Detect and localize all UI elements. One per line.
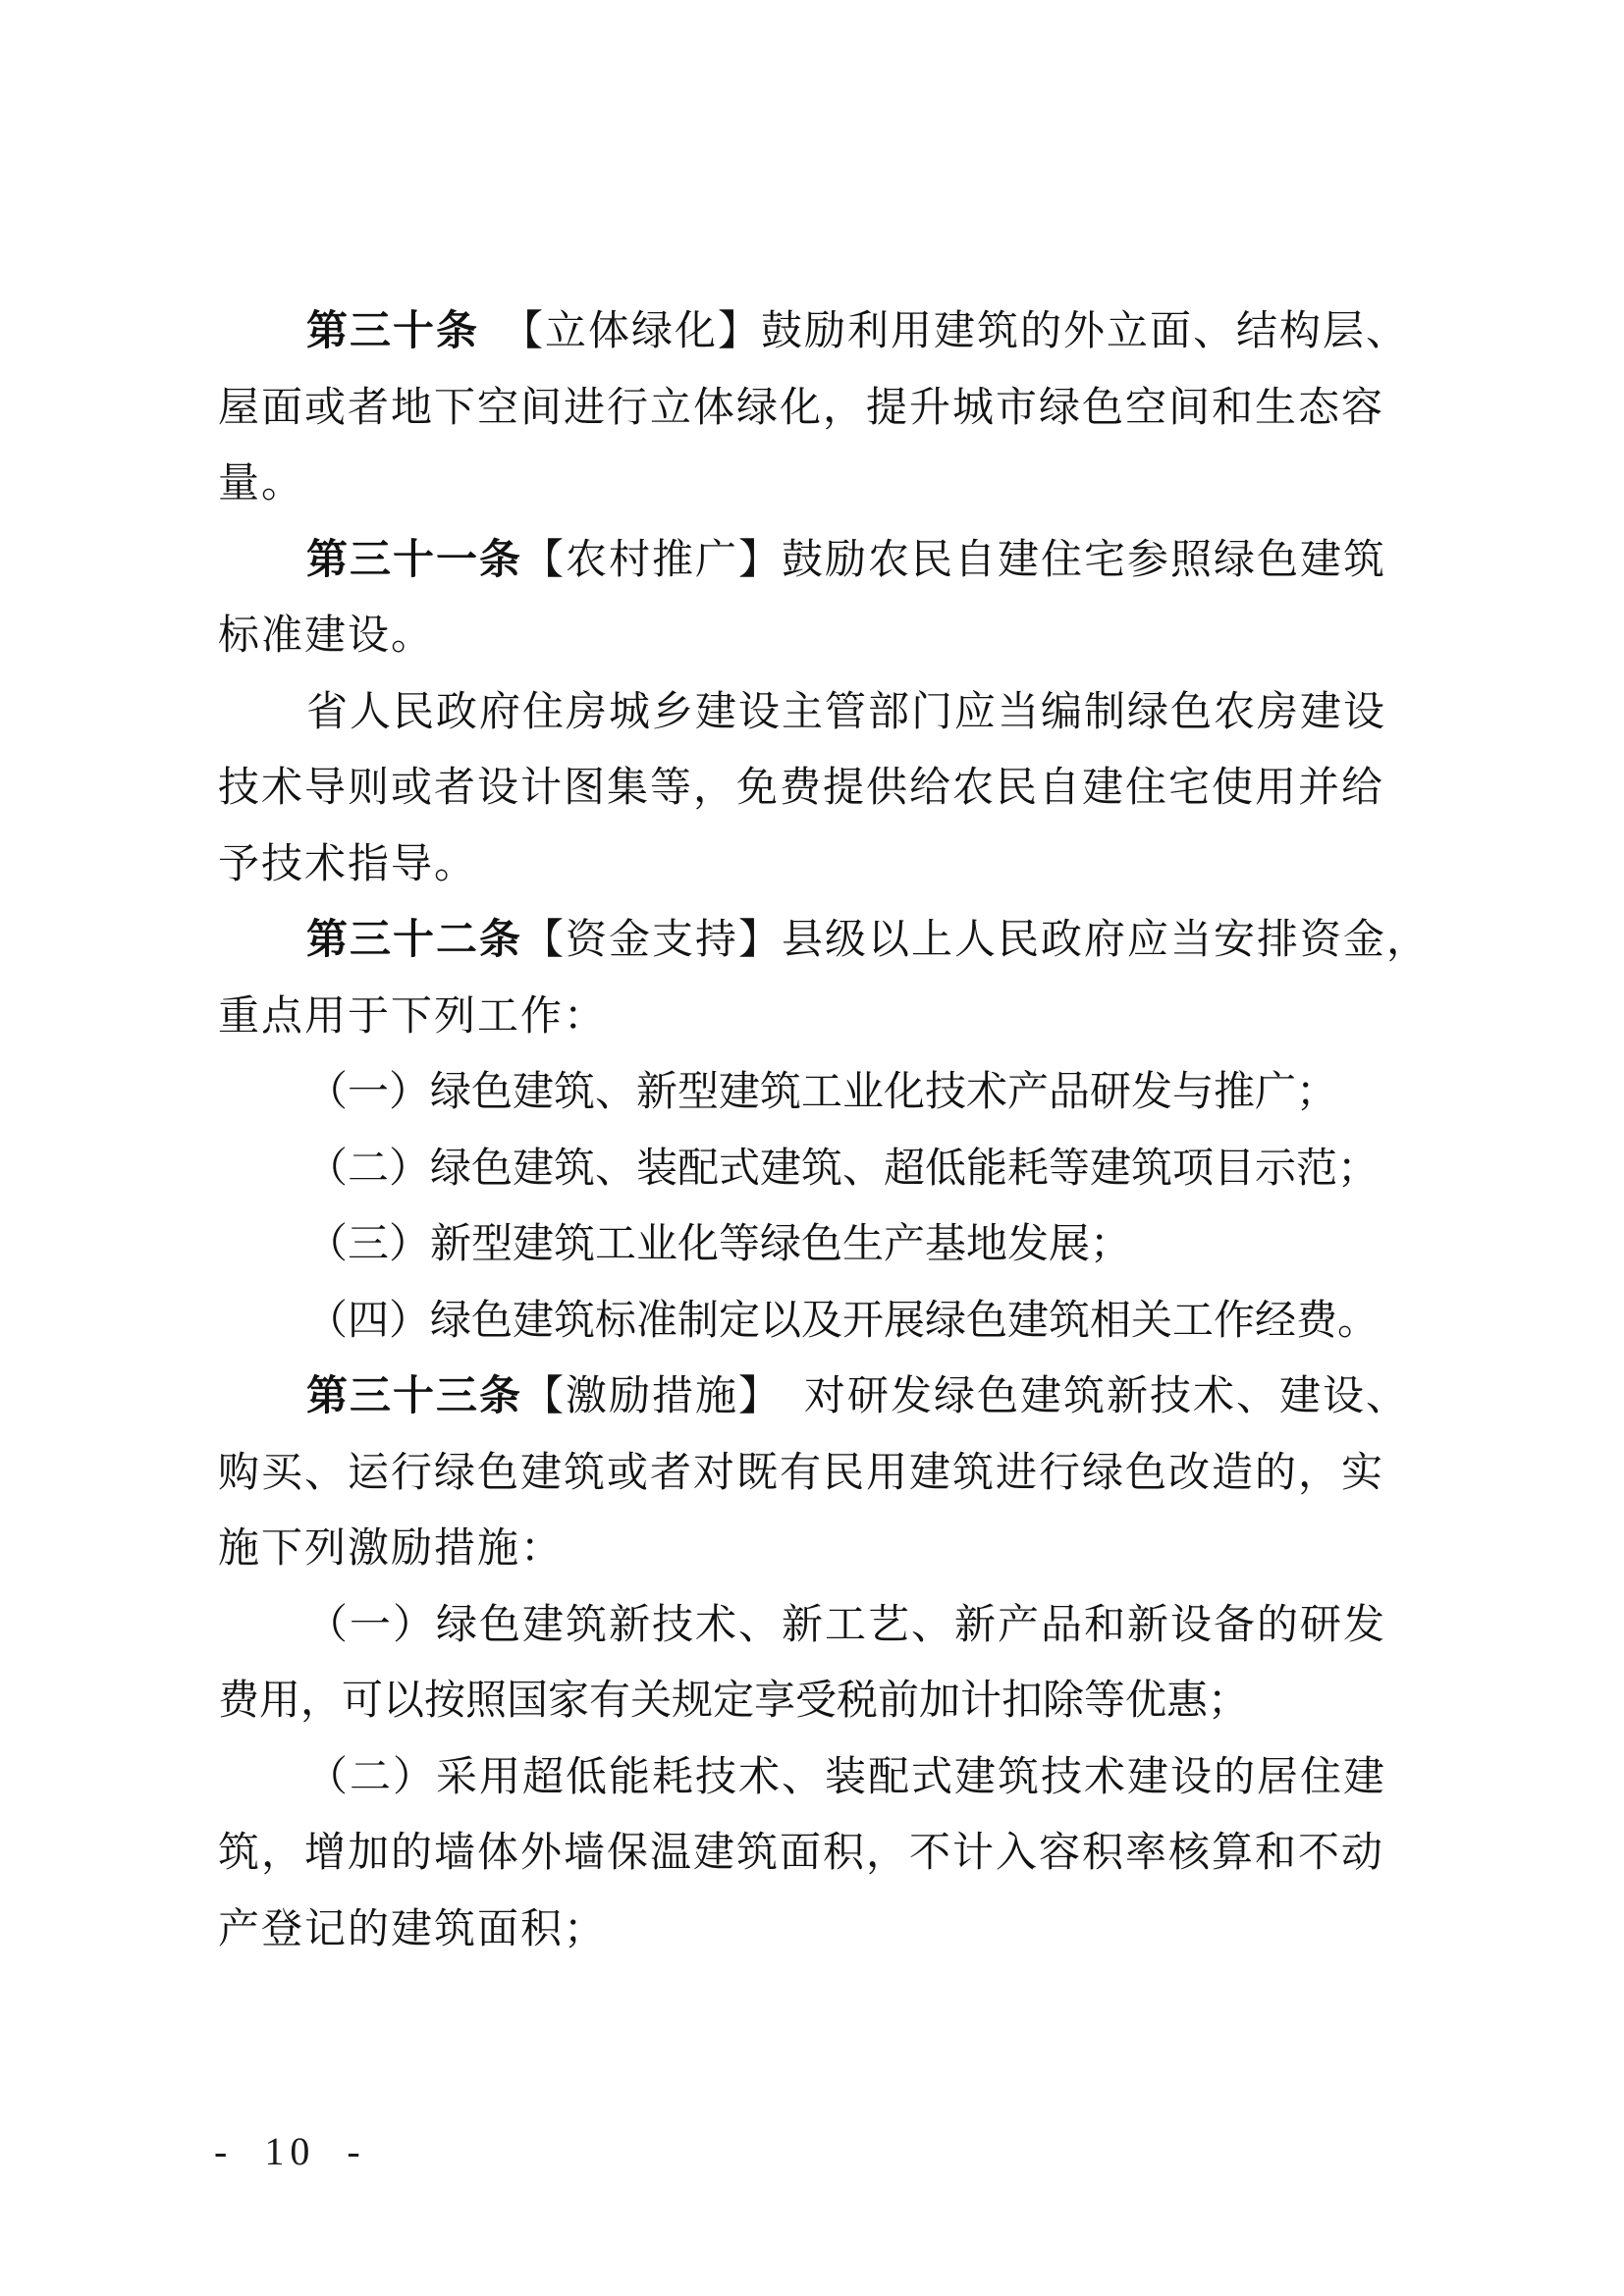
page-number: - 10 - (214, 2130, 366, 2173)
article-number-text: 第三十三条 (306, 1374, 522, 1419)
text-line: 费用，可以按照国家有关规定享受税前加计扣除等优惠； (218, 1664, 1455, 1740)
body-text: （三）新型建筑工业化等绿色生产基地发展； (306, 1222, 1131, 1267)
text-line: 技术导则或者设计图集等，免费提供给农民自建住宅使用并给 (218, 751, 1455, 828)
body-text: 省人民政府住房城乡建设主管部门应当编制绿色农房建设 (306, 690, 1386, 735)
text-line: 筑，增加的墙体外墙保温建筑面积，不计入容积率核算和不动 (218, 1816, 1455, 1893)
text-line: （四）绿色建筑标准制定以及开展绿色建筑相关工作经费。 (218, 1284, 1455, 1361)
text-line: 予技术指导。 (218, 828, 1455, 904)
text-line: 购买、运行绿色建筑或者对既有民用建筑进行绿色改造的，实 (218, 1436, 1455, 1513)
document-body: 第三十条 【立体绿化】鼓励利用建筑的外立面、结构层、屋面或者地下空间进行立体绿化… (218, 294, 1455, 1968)
body-text: 重点用于下列工作： (218, 994, 607, 1040)
text-line: 省人民政府住房城乡建设主管部门应当编制绿色农房建设 (218, 675, 1455, 752)
body-text: 【激励措施】 对研发绿色建筑新技术、建设、 (522, 1374, 1409, 1419)
body-text: （一）绿色建筑新技术、新工艺、新产品和新设备的研发 (306, 1603, 1386, 1648)
body-text: 标准建设。 (218, 614, 434, 659)
text-line: 屋面或者地下空间进行立体绿化，提升城市绿色空间和生态容 (218, 371, 1455, 448)
text-line: （二）采用超低能耗技术、装配式建筑技术建设的居住建 (218, 1740, 1455, 1817)
text-line: 产登记的建筑面积； (218, 1893, 1455, 1969)
text-line: 第三十一条【农村推广】鼓励农民自建住宅参照绿色建筑 (218, 523, 1455, 600)
text-line: 标准建设。 (218, 599, 1455, 675)
body-text: （一）绿色建筑、新型建筑工业化技术产品研发与推广； (306, 1070, 1337, 1115)
body-text: 予技术指导。 (218, 842, 477, 887)
body-text: （二）采用超低能耗技术、装配式建筑技术建设的居住建 (306, 1755, 1386, 1800)
text-line: 第三十三条【激励措施】 对研发绿色建筑新技术、建设、 (218, 1360, 1455, 1436)
body-text: 施下列激励措施： (218, 1526, 564, 1572)
body-text: 技术导则或者设计图集等，免费提供给农民自建住宅使用并给 (218, 766, 1384, 811)
text-line: 量。 (218, 447, 1455, 523)
body-text: 费用，可以按照国家有关规定享受税前加计扣除等优惠； (218, 1679, 1249, 1724)
text-line: （三）新型建筑工业化等绿色生产基地发展； (218, 1207, 1455, 1284)
text-line: 第三十条 【立体绿化】鼓励利用建筑的外立面、结构层、 (218, 294, 1455, 371)
body-text: 屋面或者地下空间进行立体绿化，提升城市绿色空间和生态容 (218, 386, 1384, 431)
body-text: 产登记的建筑面积； (218, 1907, 607, 1952)
body-text: （二）绿色建筑、装配式建筑、超低能耗等建筑项目示范； (306, 1147, 1379, 1192)
body-text: 筑，增加的墙体外墙保温建筑面积，不计入容积率核算和不动 (218, 1831, 1384, 1876)
body-text: 量。 (218, 461, 304, 507)
document-page: 第三十条 【立体绿化】鼓励利用建筑的外立面、结构层、屋面或者地下空间进行立体绿化… (0, 0, 1624, 2296)
text-line: （二）绿色建筑、装配式建筑、超低能耗等建筑项目示范； (218, 1132, 1455, 1208)
text-line: （一）绿色建筑、新型建筑工业化技术产品研发与推广； (218, 1055, 1455, 1132)
text-line: 施下列激励措施： (218, 1512, 1455, 1588)
article-number-text: 第三十二条 (306, 918, 522, 963)
body-text: 购买、运行绿色建筑或者对既有民用建筑进行绿色改造的，实 (218, 1451, 1384, 1496)
body-text: （四）绿色建筑标准制定以及开展绿色建筑相关工作经费。 (306, 1299, 1379, 1344)
body-text: 【农村推广】鼓励农民自建住宅参照绿色建筑 (522, 538, 1386, 583)
text-line: 重点用于下列工作： (218, 980, 1455, 1056)
body-text: 【资金支持】县级以上人民政府应当安排资金， (522, 918, 1430, 963)
article-number-text: 第三十条 (306, 309, 479, 354)
body-text: 【立体绿化】鼓励利用建筑的外立面、结构层、 (479, 309, 1409, 354)
text-line: 第三十二条【资金支持】县级以上人民政府应当安排资金， (218, 903, 1455, 980)
text-line: （一）绿色建筑新技术、新工艺、新产品和新设备的研发 (218, 1588, 1455, 1665)
article-number-text: 第三十一条 (306, 538, 522, 583)
